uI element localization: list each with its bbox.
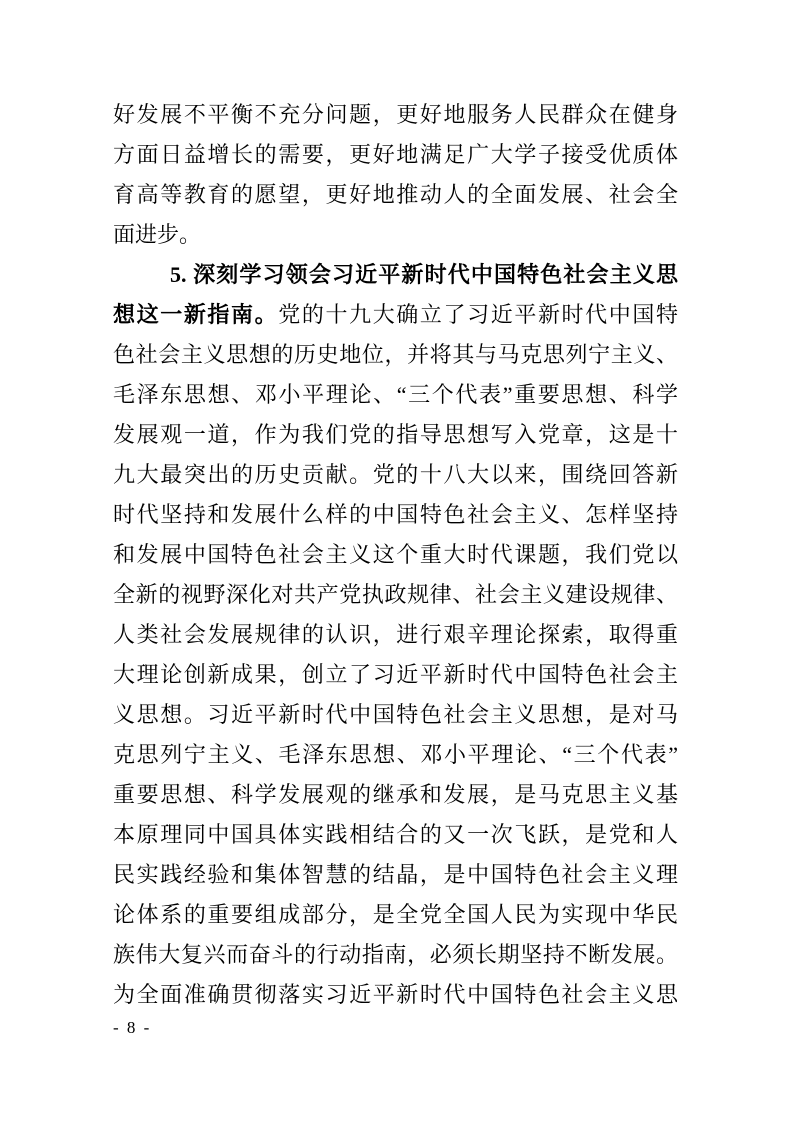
text-line: 毛泽东思想、邓小平理论、“三个代表”重要思想、科学: [113, 375, 678, 415]
text-line: 为全面准确贯彻落实习近平新时代中国特色社会主义思: [113, 975, 678, 1015]
text-line: 本原理同中国具体实践相结合的又一次飞跃，是党和人: [113, 815, 678, 855]
text-line: 重要思想、科学发展观的继承和发展，是马克思主义基: [113, 775, 678, 815]
text-line: 色社会主义思想的历史地位，并将其与马克思列宁主义、: [113, 335, 678, 375]
text-line: 时代坚持和发展什么样的中国特色社会主义、怎样坚持: [113, 495, 678, 535]
text-line: 人类社会发展规律的认识，进行艰辛理论探索，取得重: [113, 615, 678, 655]
body-regular-text: 党的十九大确立了习近平新时代中国特: [278, 302, 678, 327]
section-heading-line: 5. 深刻学习领会习近平新时代中国特色社会主义思: [113, 255, 678, 295]
text-line: 方面日益增长的需要，更好地满足广大学子接受优质体: [113, 135, 678, 175]
text-line: 育高等教育的愿望，更好地推动人的全面发展、社会全: [113, 175, 678, 215]
text-line: 和发展中国特色社会主义这个重大时代课题，我们党以: [113, 535, 678, 575]
text-line: 民实践经验和集体智慧的结晶，是中国特色社会主义理: [113, 855, 678, 895]
heading-bold-text: 5. 深刻学习领会习近平新时代中国特色社会主义思: [170, 262, 678, 287]
paragraph-last-line: 面进步。: [113, 215, 678, 255]
text-line: 克思列宁主义、毛泽东思想、邓小平理论、“三个代表”: [113, 735, 678, 775]
text-line: 九大最突出的历史贡献。党的十八大以来，围绕回答新: [113, 455, 678, 495]
text-line: 论体系的重要组成部分，是全党全国人民为实现中华民: [113, 895, 678, 935]
text-line: 好发展不平衡不充分问题，更好地服务人民群众在健身: [113, 95, 678, 135]
body-text: 好发展不平衡不充分问题，更好地服务人民群众在健身 方面日益增长的需要，更好地满足…: [113, 95, 678, 1015]
text-line: 族伟大复兴而奋斗的行动指南，必须长期坚持不断发展。: [113, 935, 678, 975]
page-number: - 8 -: [113, 1016, 151, 1040]
heading-bold-text: 想这一新指南。: [113, 302, 278, 327]
text-line: 发展观一道，作为我们党的指导思想写入党章，这是十: [113, 415, 678, 455]
text-line: 想这一新指南。党的十九大确立了习近平新时代中国特: [113, 295, 678, 335]
text-line: 全新的视野深化对共产党执政规律、社会主义建设规律、: [113, 575, 678, 615]
document-page: 好发展不平衡不充分问题，更好地服务人民群众在健身 方面日益增长的需要，更好地满足…: [0, 0, 793, 1122]
text-line: 义思想。习近平新时代中国特色社会主义思想，是对马: [113, 695, 678, 735]
text-line: 大理论创新成果，创立了习近平新时代中国特色社会主: [113, 655, 678, 695]
